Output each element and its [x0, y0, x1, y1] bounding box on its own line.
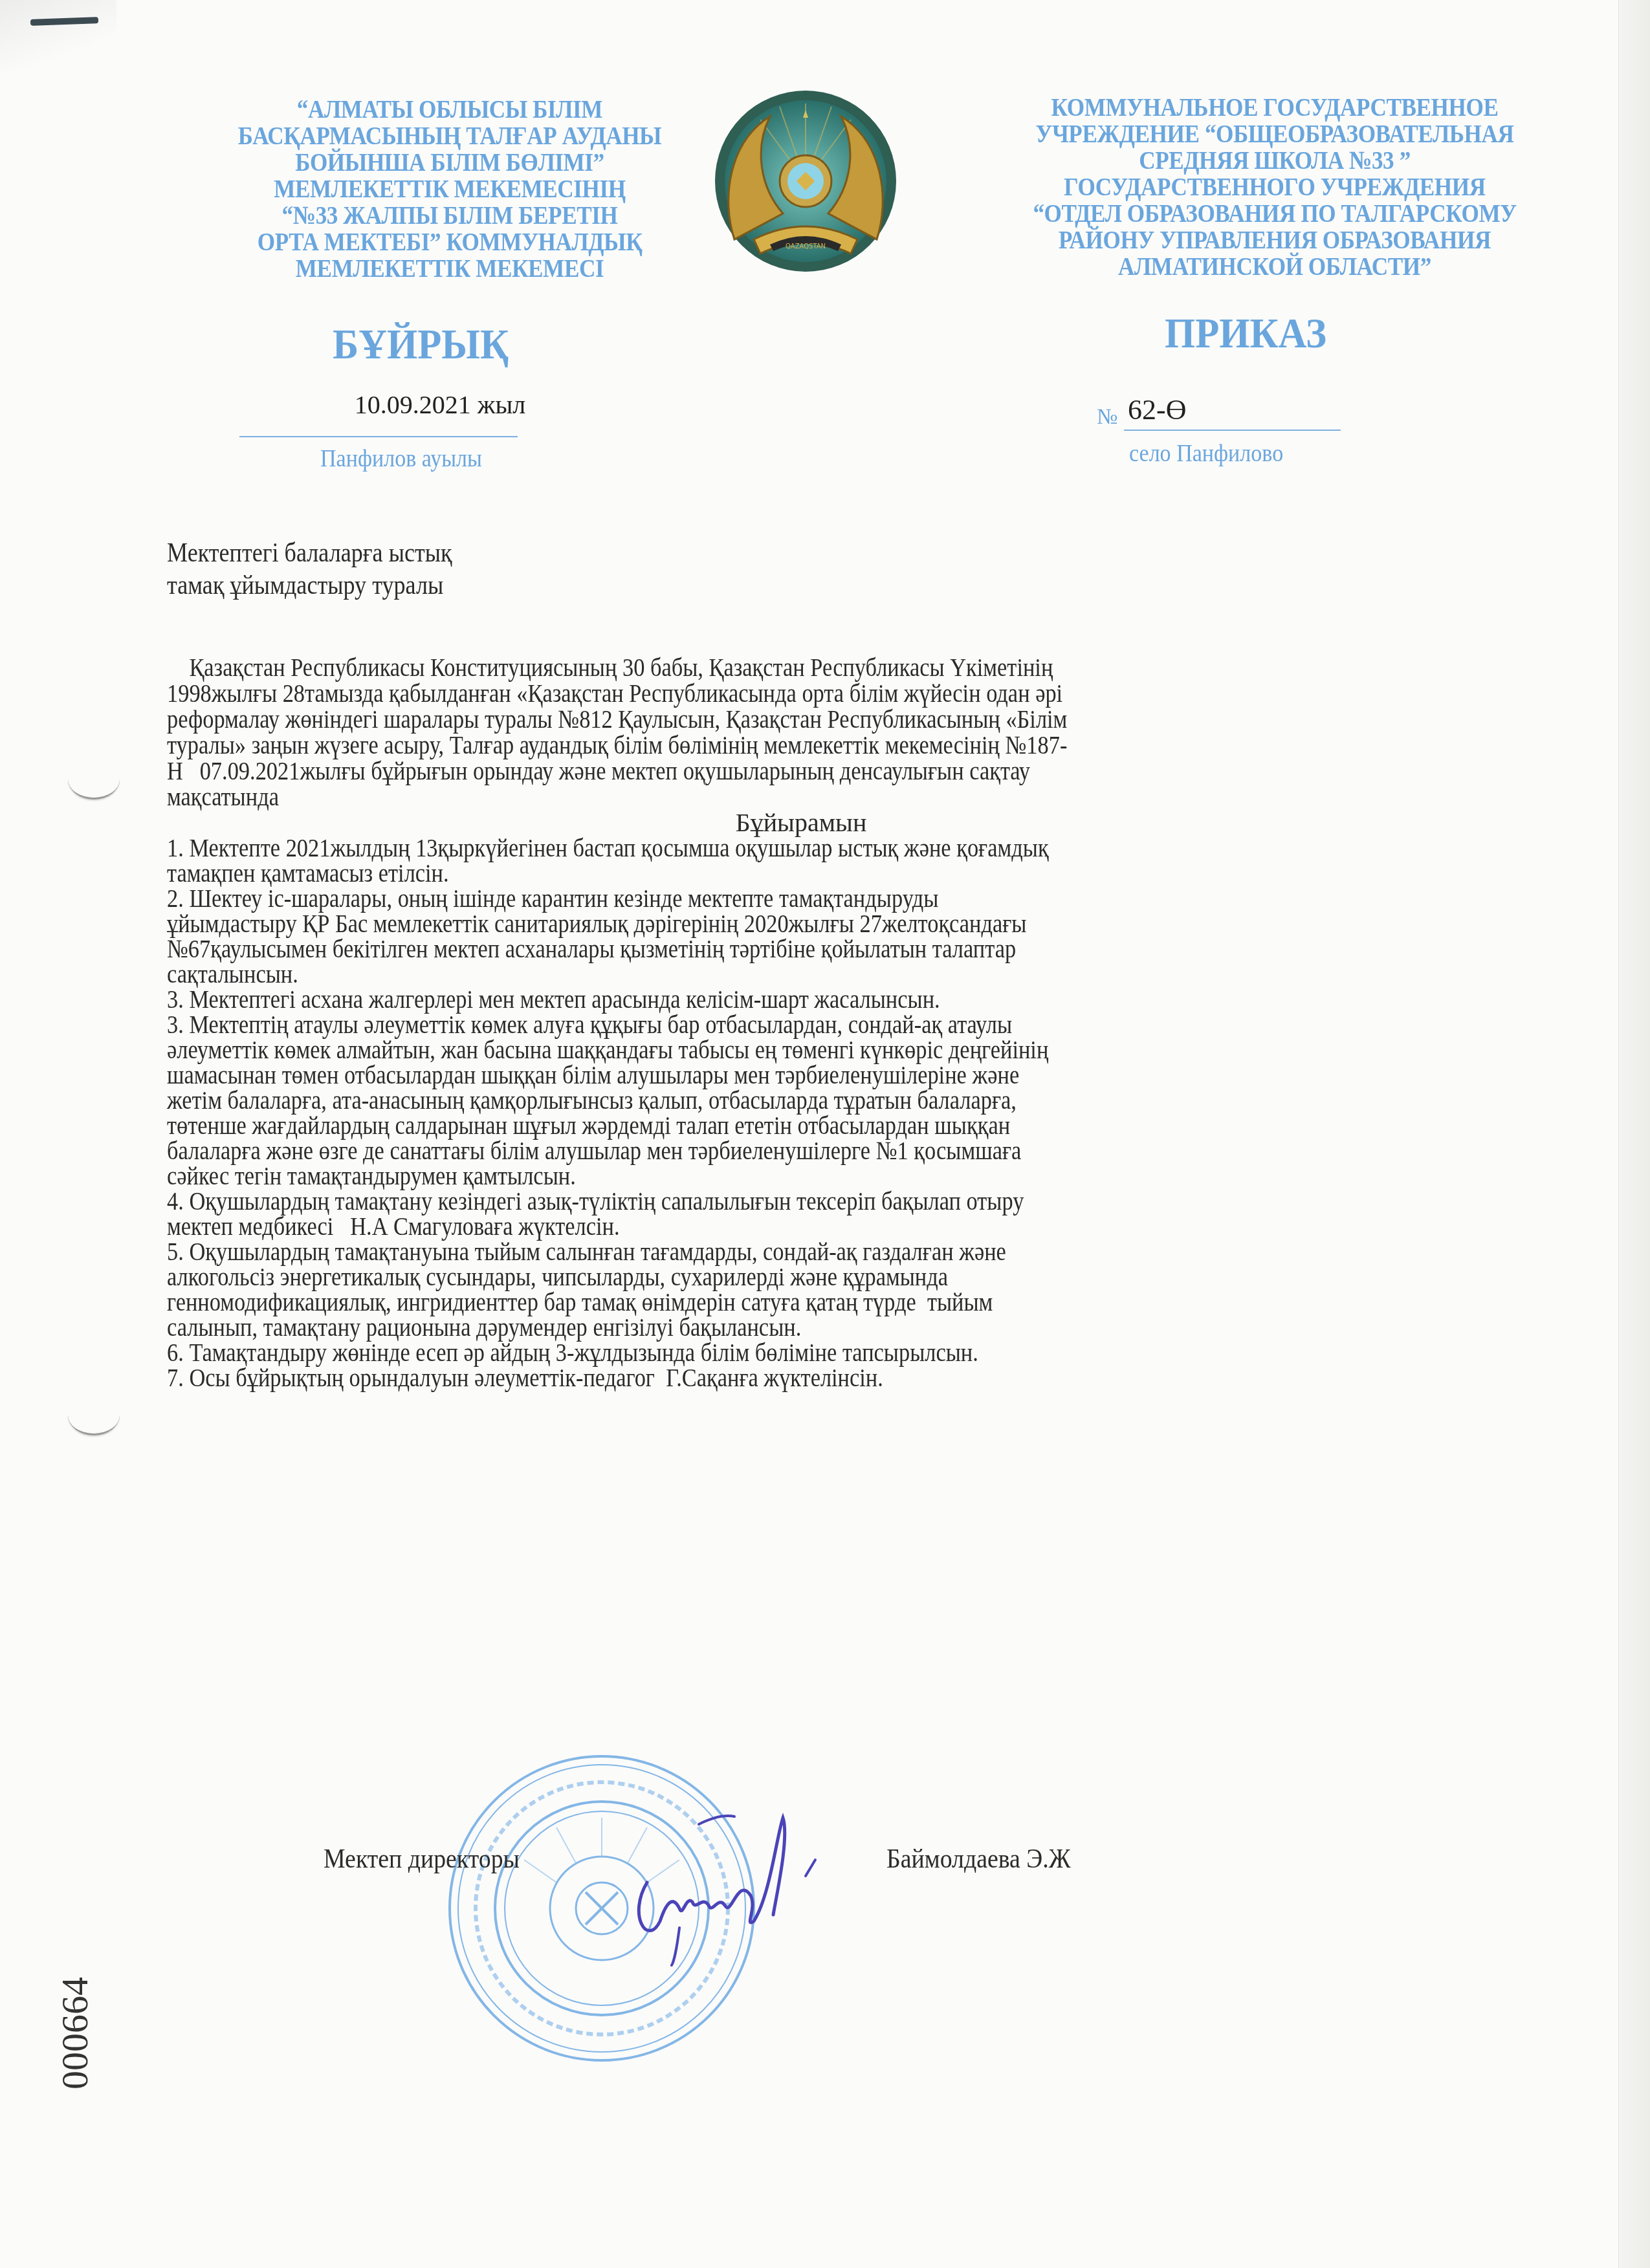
header-kz-line: “№33 ЖАЛПЫ БІЛІМ БЕРЕТІН: [208, 202, 692, 228]
header-kz-line: МЕМЛЕКЕТТІК МЕКЕМЕСІ: [208, 255, 692, 281]
order-date: 10.09.2021 жыл: [304, 389, 576, 420]
page-fold-shadow: [0, 0, 116, 71]
handwritten-signature-icon: [621, 1798, 854, 1967]
preamble-line: туралы» заңын жүзеге асыру, Талғар аудан…: [167, 732, 1325, 758]
signature-role: Мектеп директоры: [324, 1844, 520, 1875]
item-line: сәйкес тегін тамақтандырумен қамтылсын.: [167, 1163, 1325, 1188]
item-line: салынып, тамақтану рационына дәрумендер …: [167, 1314, 1325, 1340]
item-line: генномодификациялық, ингридиенттер бар т…: [167, 1289, 1325, 1314]
header-kz-institution: “АЛМАТЫ ОБЛЫСЫ БІЛІМ БАСҚАРМАСЫНЫҢ ТАЛҒА…: [175, 96, 725, 281]
document-title-ru: ПРИКАЗ: [1147, 309, 1344, 358]
place-ru: село Панфилово: [1129, 440, 1367, 468]
serial-number: 000664: [53, 1977, 96, 2089]
header-ru-line: ГОСУДАРСТВЕННОГО УЧРЕЖДЕНИЯ: [1018, 173, 1531, 200]
header-ru-line: СРЕДНЯЯ ШКОЛА №33 ”: [1018, 147, 1531, 173]
number-value: 62-Ө: [1128, 393, 1186, 426]
item-line: төтенше жағдайлардың салдарынан шұғыл жә…: [167, 1113, 1325, 1138]
state-emblem-icon: QAZAQSTAN: [709, 84, 903, 278]
item-line: алкогольсіз энергетикалық сусындары, чип…: [167, 1264, 1325, 1289]
punch-hole-icon: [68, 780, 120, 800]
punch-hole-icon: [68, 1415, 120, 1435]
header-ru-line: РАЙОНУ УПРАВЛЕНИЯ ОБРАЗОВАНИЯ: [1018, 226, 1531, 253]
signatory-name: Баймолдаева Э.Ж: [886, 1844, 1071, 1875]
preamble-line: Н 07.09.2021жылғы бұйрығын орындау және …: [167, 758, 1325, 784]
order-number: № 62-Ө: [1097, 393, 1407, 432]
document-title-kz: БҰЙРЫҚ: [320, 320, 522, 369]
item-line: балаларға және өзге де санаттағы білім а…: [167, 1138, 1325, 1163]
order-items: 1. Мектепте 2021жылдың 13қыркүйегінен ба…: [167, 835, 1513, 1390]
header-kz-line: МЕМЛЕКЕТТІК МЕКЕМЕСІНІҢ: [208, 175, 692, 202]
header-ru-line: АЛМАТИНСКОЙ ОБЛАСТИ”: [1018, 253, 1531, 279]
subject-line: Мектептегі балаларға ыстық: [167, 537, 452, 569]
order-word: Бұйырамын: [89, 810, 1513, 835]
header-ru-institution: КОММУНАЛЬНОЕ ГОСУДАРСТВЕННОЕ УЧРЕЖДЕНИЕ …: [984, 94, 1566, 279]
order-subject: Мектептегі балаларға ыстық тамақ ұйымдас…: [167, 537, 498, 602]
subject-line: тамақ ұйымдастыру туралы: [167, 569, 452, 602]
number-sign: №: [1097, 405, 1117, 430]
date-underline: [239, 436, 518, 437]
header-kz-line: БОЙЫНША БІЛІМ БӨЛІМІ”: [208, 149, 692, 175]
preamble-line: Қазақстан Республикасы Конституциясының …: [167, 655, 1325, 681]
preamble-line: реформалау жөніндегі шаралары туралы №81…: [167, 706, 1325, 732]
header-kz-line: БАСҚАРМАСЫНЫҢ ТАЛҒАР АУДАНЫ: [208, 122, 692, 149]
header-kz-line: “АЛМАТЫ ОБЛЫСЫ БІЛІМ: [208, 96, 692, 122]
page-edge: [1618, 0, 1650, 2268]
svg-text:QAZAQSTAN: QAZAQSTAN: [786, 243, 826, 250]
preamble-line: мақсатында: [167, 784, 1325, 810]
header-kz-line: ОРТА МЕКТЕБІ” КОММУНАЛДЫҚ: [208, 228, 692, 255]
item-line: сақталынсын.: [167, 961, 1325, 987]
item-line: 1. Мектепте 2021жылдың 13қыркүйегінен ба…: [167, 835, 1325, 860]
item-line: 5. Оқушылардың тамақтануына тыйым салынғ…: [167, 1239, 1325, 1264]
item-line: 4. Оқушылардың тамақтану кезіндегі азық-…: [167, 1188, 1325, 1214]
item-line: жетім балаларға, ата-анасының қамқорлығы…: [167, 1087, 1325, 1113]
number-underline: [1124, 430, 1341, 431]
item-line: әлеуметтік көмек алмайтын, жан басына ша…: [167, 1037, 1325, 1062]
preamble: Қазақстан Республикасы Конституциясының …: [167, 655, 1513, 810]
order-body: Қазақстан Республикасы Конституциясының …: [167, 655, 1513, 1390]
header-ru-line: КОММУНАЛЬНОЕ ГОСУДАРСТВЕННОЕ: [1018, 94, 1531, 120]
item-line: мектеп медбикесі Н.А Смагуловаға жүктелс…: [167, 1214, 1325, 1239]
item-line: шамасынан төмен отбасылардан шыққан білі…: [167, 1062, 1325, 1087]
item-line: ұйымдастыру ҚР Бас мемлекеттік санитария…: [167, 911, 1325, 936]
place-kz: Панфилов ауылы: [300, 445, 503, 473]
item-line: 7. Осы бұйрықтың орындалуын әлеуметтік-п…: [167, 1365, 1325, 1390]
preamble-line: 1998жылғы 28тамызда қабылданған «Қазақст…: [167, 681, 1325, 706]
item-line: 3. Мектептің атаулы әлеуметтік көмек алу…: [167, 1012, 1325, 1037]
item-line: 2. Шектеу іс-шаралары, оның ішінде каран…: [167, 886, 1325, 911]
header-ru-line: “ОТДЕЛ ОБРАЗОВАНИЯ ПО ТАЛГАРСКОМУ: [1018, 200, 1531, 226]
header-ru-line: УЧРЕЖДЕНИЕ “ОБЩЕОБРАЗОВАТЕЛЬНАЯ: [1018, 120, 1531, 147]
item-line: №67қаулысымен бекітілген мектеп асханала…: [167, 936, 1325, 961]
item-line: 6. Тамақтандыру жөнінде есеп әр айдың 3-…: [167, 1340, 1325, 1365]
item-line: 3. Мектептегі асхана жалгерлері мен мект…: [167, 987, 1325, 1012]
item-line: тамақпен қамтамасыз етілсін.: [167, 860, 1325, 886]
